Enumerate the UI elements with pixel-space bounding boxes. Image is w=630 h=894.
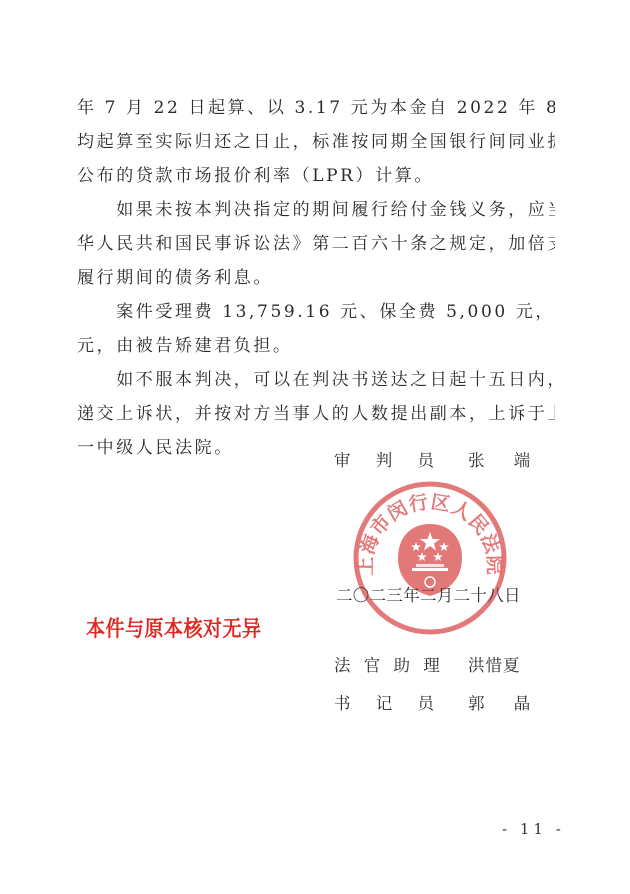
paragraph-line: 年 7 月 22 日起算、以 3.17 元为本金自 2022 年 8 月 24 … bbox=[77, 91, 555, 125]
paragraph-line: 履行期间的债务利息。 bbox=[77, 261, 555, 295]
assistant-title: 法 官 助 理 bbox=[334, 653, 444, 679]
paragraph-line: 递交上诉状，并按对方当事人的人数提出副本，上诉于上海市第 bbox=[77, 397, 555, 431]
paragraph-line: 均起算至实际归还之日止，标准按同期全国银行间同业拆借中心 bbox=[77, 125, 555, 159]
paragraph-line: 华人民共和国民事诉讼法》第二百六十条之规定，加倍支付延迟 bbox=[77, 227, 555, 261]
verification-stamp: 本件与原本核对无异 bbox=[86, 612, 262, 643]
paragraph-line: 公布的贷款市场报价利率（LPR）计算。 bbox=[77, 159, 555, 193]
assistant-name: 洪惜夏 bbox=[468, 653, 521, 679]
judge-name: 张 端 bbox=[468, 448, 542, 474]
judge-title: 审 判 员 bbox=[334, 448, 444, 474]
paragraph-line: 如不服本判决，可以在判决书送达之日起十五日内，向本院 bbox=[77, 363, 555, 397]
paragraph-line: 案件受理费 13,759.16 元、保全费 5,000 元，共计 18,759.… bbox=[77, 295, 555, 329]
page-number: - 11 - bbox=[502, 820, 565, 838]
paragraph-line: 元，由被告矫建君负担。 bbox=[77, 329, 555, 363]
court-seal-icon: 上海市闵行区人民法院 bbox=[350, 478, 510, 638]
paragraph-line: 如果未按本判决指定的期间履行给付金钱义务，应当依照《中 bbox=[77, 193, 555, 227]
clerk-name: 郭 晶 bbox=[468, 691, 542, 717]
judgment-date: 二〇二三年二月二十八日 bbox=[336, 583, 521, 609]
clerk-title: 书 记 员 bbox=[334, 691, 444, 717]
